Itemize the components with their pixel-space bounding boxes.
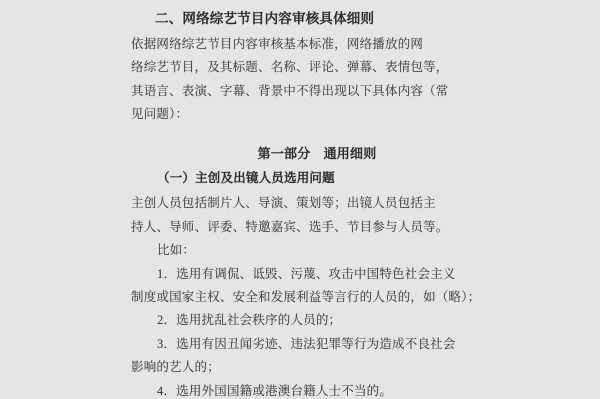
intro-paragraph: 依据网络综艺节目内容审核基本标准，网络播放的网 络综艺节目，及其标题、名称、评论…: [131, 33, 471, 127]
text-line: 制度或国家主权、安全和发展利益等言行的人员的，如（略）；: [131, 286, 471, 309]
text-line: 2．选用扰乱社会秩序的人员的；: [131, 309, 471, 332]
example-label: 比如：: [131, 239, 471, 262]
part-heading: 第一部分 通用细则: [131, 142, 471, 165]
text-line: 主创人员包括制片人、导演、策划等；出镜人员包括主: [131, 192, 471, 215]
text-line: 1．选用有调侃、诋毁、污蔑、攻击中国特色社会主义: [131, 263, 471, 286]
document-scan: 二、网络综艺节目内容审核具体细则 依据网络综艺节目内容审核基本标准，网络播放的网…: [131, 7, 471, 399]
text-line: 络综艺节目，及其标题、名称、评论、弹幕、表情包等，: [131, 56, 471, 79]
rule-item: 1．选用有调侃、诋毁、污蔑、攻击中国特色社会主义 制度或国家主权、安全和发展利益…: [131, 263, 471, 310]
section-heading: （一）主创及出镜人员选用问题: [131, 167, 471, 190]
rule-item: 2．选用扰乱社会秩序的人员的；: [131, 309, 471, 332]
text-line: 影响的艺人的；: [131, 356, 471, 379]
text-line: 持人、导师、评委、特邀嘉宾、选手、节目参与人员等。: [131, 216, 471, 239]
document-title: 二、网络综艺节目内容审核具体细则: [131, 7, 471, 31]
section-intro-paragraph: 主创人员包括制片人、导演、策划等；出镜人员包括主 持人、导师、评委、特邀嘉宾、选…: [131, 192, 471, 239]
text-line: 见问题）：: [131, 103, 471, 126]
rule-item: 3．选用有因丑闻劣迹、违法犯罪等行为造成不良社会 影响的艺人的；: [131, 333, 471, 380]
text-line: 3．选用有因丑闻劣迹、违法犯罪等行为造成不良社会: [131, 333, 471, 356]
text-line: 依据网络综艺节目内容审核基本标准，网络播放的网: [131, 33, 471, 56]
rule-item: 4．选用外国国籍或港澳台籍人士不当的。: [131, 380, 471, 399]
text-line: 4．选用外国国籍或港澳台籍人士不当的。: [131, 380, 471, 399]
text-line: 其语言、表演、字幕、背景中不得出现以下具体内容（常: [131, 80, 471, 103]
